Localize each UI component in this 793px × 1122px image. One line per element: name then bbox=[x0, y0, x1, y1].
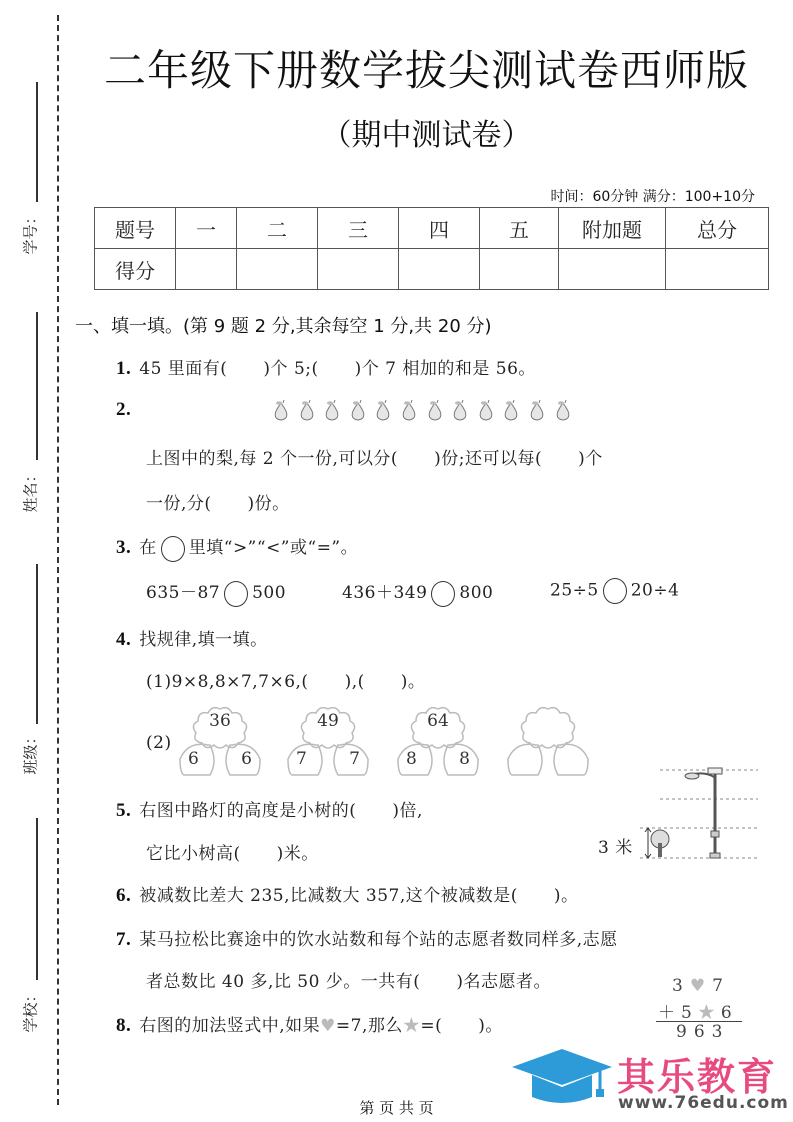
pear-icon bbox=[555, 399, 572, 421]
table-cell: 一 bbox=[176, 208, 237, 249]
digit: 9 bbox=[676, 1022, 694, 1042]
page-title: 二年级下册数学拔尖测试卷西师版 bbox=[0, 38, 793, 98]
comparison-1: 635－87500 bbox=[146, 578, 286, 607]
table-cell: 附加题 bbox=[559, 208, 666, 249]
question-5-line-1: 5.右图中路灯的高度是小树的()倍, bbox=[116, 796, 423, 822]
school-label: 学校： bbox=[20, 1009, 41, 1033]
question-2-number: 2. bbox=[116, 399, 139, 421]
class-line[interactable] bbox=[36, 564, 38, 724]
question-text: )。 bbox=[401, 672, 426, 692]
question-6: 6.被减数比差大 235,比减数大 357,这个被减数是()。 bbox=[116, 881, 579, 907]
compare-circle-input[interactable] bbox=[603, 578, 627, 604]
question-text: 某马拉松比赛途中的饮水站数和每个站的志愿者数同样多,志愿 bbox=[139, 930, 617, 950]
pear-icon bbox=[427, 399, 444, 421]
pear-icon bbox=[503, 399, 520, 421]
graduation-cap-logo-icon bbox=[510, 1045, 615, 1105]
score-input-cell[interactable] bbox=[559, 249, 666, 290]
flower-top-number: 49 bbox=[282, 711, 374, 731]
vertical-sum-result: 963 bbox=[676, 1022, 729, 1042]
flower-right-number: 6 bbox=[241, 749, 252, 769]
question-text: 在 bbox=[139, 538, 157, 558]
vertical-sum-row-1: 3♥7 bbox=[672, 976, 730, 996]
question-number: 7. bbox=[116, 929, 131, 950]
question-3: 3.在里填“>”“<”或“=”。 bbox=[116, 533, 358, 562]
digit: 3 bbox=[712, 1022, 730, 1042]
question-text: 上图中的梨,每 2 个一份,可以分( bbox=[146, 449, 398, 469]
question-1: 1.45 里面有()个 5;()个 7 相加的和是 56。 bbox=[116, 354, 536, 380]
question-text: )份。 bbox=[248, 494, 290, 514]
pear-icon bbox=[529, 399, 546, 421]
compare-circle-input[interactable] bbox=[431, 581, 455, 607]
question-4: 4.找规律,填一填。 bbox=[116, 625, 268, 651]
expr-right: 500 bbox=[252, 583, 286, 603]
compare-circle-input[interactable] bbox=[224, 581, 248, 607]
question-text: 右图中路灯的高度是小树的( bbox=[139, 801, 356, 821]
name-line[interactable] bbox=[36, 312, 38, 460]
figure-height-label: 3 米 bbox=[598, 833, 633, 858]
expr-left: 25÷5 bbox=[550, 581, 599, 601]
flower-figure: 36 6 6 bbox=[174, 705, 266, 777]
flower-left-number: 6 bbox=[188, 749, 199, 769]
flower-top-number: 64 bbox=[392, 711, 484, 731]
pear-icon bbox=[299, 399, 316, 421]
flower-icon bbox=[502, 705, 594, 777]
table-cell: 题号 bbox=[95, 208, 176, 249]
flower-figure: 64 8 8 bbox=[392, 705, 484, 777]
score-input-cell[interactable] bbox=[176, 249, 237, 290]
question-text: )倍, bbox=[392, 801, 423, 821]
circle-icon bbox=[161, 536, 185, 562]
table-cell: 三 bbox=[318, 208, 399, 249]
question-text: )米。 bbox=[277, 844, 319, 864]
score-input-cell[interactable] bbox=[237, 249, 318, 290]
pear-icon bbox=[401, 399, 418, 421]
table-cell: 二 bbox=[237, 208, 318, 249]
flower-right-number: 8 bbox=[459, 749, 470, 769]
page-subtitle: （期中测试卷） bbox=[0, 110, 793, 154]
question-number: 8. bbox=[116, 1015, 131, 1036]
score-input-cell[interactable] bbox=[480, 249, 559, 290]
expr-right: 800 bbox=[459, 583, 493, 603]
score-input-cell[interactable] bbox=[399, 249, 480, 290]
question-text: )名志愿者。 bbox=[456, 972, 551, 992]
table-cell: 得分 bbox=[95, 249, 176, 290]
expr-left: 436＋349 bbox=[342, 583, 427, 603]
streetlight-tree-figure bbox=[640, 765, 760, 865]
question-text: =7,那么 bbox=[336, 1016, 403, 1036]
question-text: )。 bbox=[554, 886, 579, 906]
school-line[interactable] bbox=[36, 818, 38, 980]
score-table-score-row: 得分 bbox=[95, 249, 769, 290]
flower-figure: 49 7 7 bbox=[282, 705, 374, 777]
pear-icon bbox=[452, 399, 469, 421]
comparison-2: 436＋349800 bbox=[342, 578, 493, 607]
question-number: 2. bbox=[116, 399, 131, 420]
question-text: ),( bbox=[345, 672, 365, 692]
question-text: )个 7 相加的和是 56。 bbox=[355, 359, 536, 379]
pear-icon bbox=[478, 399, 495, 421]
section-heading: 一、填一填。(第 9 题 2 分,其余每空 1 分,共 20 分) bbox=[75, 312, 492, 338]
question-text: 45 里面有( bbox=[139, 359, 227, 379]
question-7-line-1: 7.某马拉松比赛途中的饮水站数和每个站的志愿者数同样多,志愿 bbox=[116, 925, 618, 951]
score-table-header-row: 题号 一 二 三 四 五 附加题 总分 bbox=[95, 208, 769, 249]
question-5-line-2: 它比小树高()米。 bbox=[146, 839, 319, 864]
digit: 6 bbox=[721, 1003, 738, 1023]
heart-icon: ♥ bbox=[690, 976, 712, 996]
pear-icon bbox=[273, 399, 290, 421]
question-text: )。 bbox=[478, 1016, 503, 1036]
pear-icon bbox=[324, 399, 341, 421]
plus-sign: ＋ bbox=[658, 1003, 681, 1023]
table-cell: 总分 bbox=[666, 208, 769, 249]
flower-top-number: 36 bbox=[174, 711, 266, 731]
question-text: )个 5;( bbox=[263, 359, 318, 379]
question-2-line-2: 一份,分()份。 bbox=[146, 489, 290, 514]
table-cell: 四 bbox=[399, 208, 480, 249]
student-id-label: 学号： bbox=[20, 231, 41, 255]
question-text: =( bbox=[420, 1016, 442, 1036]
question-number: 5. bbox=[116, 800, 131, 821]
star-icon: ★ bbox=[403, 1016, 421, 1036]
pear-row bbox=[273, 399, 580, 425]
star-icon: ★ bbox=[698, 1003, 721, 1023]
question-number: 6. bbox=[116, 885, 131, 906]
digit: 6 bbox=[694, 1022, 712, 1042]
flower-left-number: 7 bbox=[296, 749, 307, 769]
page-footer: 第 页 共 页 bbox=[0, 1097, 793, 1118]
heart-icon: ♥ bbox=[320, 1016, 336, 1036]
score-input-cell[interactable] bbox=[318, 249, 399, 290]
exam-meta: 时间：60分钟 满分：100+10分 bbox=[550, 186, 755, 206]
class-label: 班级： bbox=[20, 751, 41, 775]
score-table: 题号 一 二 三 四 五 附加题 总分 得分 bbox=[94, 207, 769, 290]
binding-dashed-line bbox=[57, 15, 59, 1105]
question-number: 3. bbox=[116, 537, 131, 558]
question-text: 右图的加法竖式中,如果 bbox=[139, 1016, 320, 1036]
pear-icon bbox=[350, 399, 367, 421]
question-4-sub-2-label: (2) bbox=[146, 733, 172, 753]
digit: 7 bbox=[712, 976, 730, 996]
comparison-3: 25÷520÷4 bbox=[550, 578, 679, 604]
question-text: )份;还可以每( bbox=[434, 449, 542, 469]
question-text: 者总数比 40 多,比 50 少。一共有( bbox=[146, 972, 420, 992]
score-input-cell[interactable] bbox=[666, 249, 769, 290]
digit: 5 bbox=[681, 1003, 698, 1023]
question-text: 被减数比差大 235,比减数大 357,这个被减数是( bbox=[139, 886, 518, 906]
table-cell: 五 bbox=[480, 208, 559, 249]
flower-left-number: 8 bbox=[406, 749, 417, 769]
question-text: 里填“>”“<”或“=”。 bbox=[189, 538, 358, 558]
name-label: 姓名： bbox=[20, 489, 41, 513]
question-number: 1. bbox=[116, 358, 131, 379]
vertical-sum-row-2: ＋5★6 bbox=[658, 998, 738, 1023]
flower-right-number: 7 bbox=[349, 749, 360, 769]
question-2-line-1: 上图中的梨,每 2 个一份,可以分()份;还可以每()个 bbox=[146, 444, 603, 469]
question-text: 一份,分( bbox=[146, 494, 212, 514]
question-8: 8.右图的加法竖式中,如果♥=7,那么★=()。 bbox=[116, 1011, 503, 1037]
expr-right: 20÷4 bbox=[631, 581, 680, 601]
question-number: 4. bbox=[116, 629, 131, 650]
question-4-sub-1: (1)9×8,8×7,7×6,(),()。 bbox=[146, 667, 425, 692]
pear-icon bbox=[375, 399, 392, 421]
flower-figure-blank[interactable] bbox=[502, 705, 594, 777]
question-7-line-2: 者总数比 40 多,比 50 少。一共有()名志愿者。 bbox=[146, 967, 551, 992]
expr-left: 635－87 bbox=[146, 583, 220, 603]
question-text: 找规律,填一填。 bbox=[139, 630, 267, 650]
digit: 3 bbox=[672, 976, 690, 996]
question-text: 它比小树高( bbox=[146, 844, 241, 864]
question-text: )个 bbox=[578, 449, 603, 469]
question-text: (1)9×8,8×7,7×6,( bbox=[146, 672, 309, 692]
